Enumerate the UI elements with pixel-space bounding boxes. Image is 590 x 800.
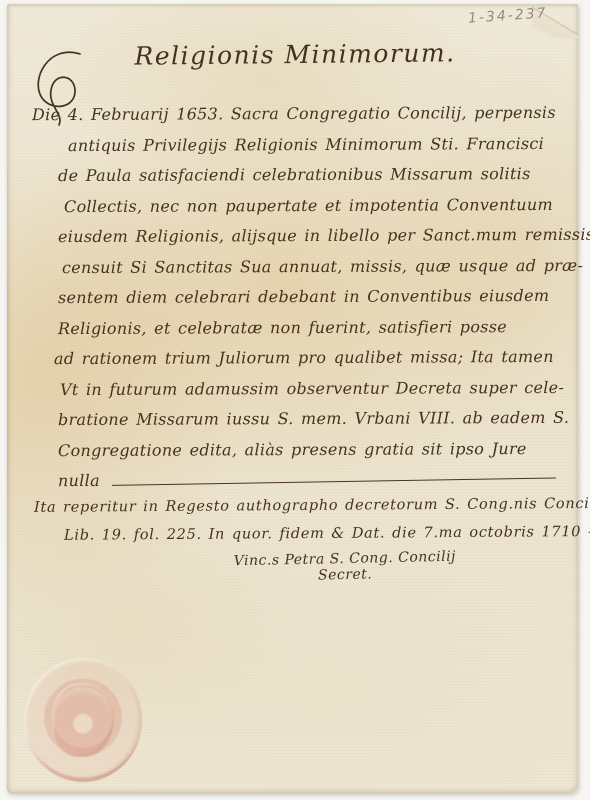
attestation-footer: Ita reperitur in Regesto authographo dec… [34,492,562,548]
scan-background: { "colors": { "scan_background": "#f6f5f… [0,0,590,800]
body-line: Congregatione edita, aliàs presens grati… [58,433,560,466]
body-line: Religionis, et celebratæ non fuerint, sa… [58,311,560,344]
seal-inner-motif [52,683,113,757]
body-line: antiquis Privilegijs Religionis Minimoru… [68,128,560,161]
document-body: Die 4. Februarij 1653. Sacra Congregatio… [58,99,560,496]
body-line: Collectis, nec non paupertate et impoten… [64,189,560,222]
footer-line: Lib. 19. fol. 225. In quor. fidem & Dat.… [64,518,562,549]
body-line: censuit Si Sanctitas Sua annuat, missis,… [62,250,560,283]
document-title: Religionis Minimorum. [0,37,590,72]
closing-rule [112,477,556,485]
embossed-red-seal [24,658,142,782]
secretary-signature: Vinc.s Petra S. Cong. Concilij Secret. [205,548,486,586]
body-line: de Paula satisfaciendi celebrationibus M… [58,159,560,192]
body-line: Vt in futurum adamussim observentur Decr… [60,372,560,405]
body-line: Die 4. Februarij 1653. Sacra Congregatio… [32,98,560,131]
body-line: sentem diem celebrari debebant in Conven… [58,281,560,314]
body-line: eiusdem Religionis, alijsque in libello … [58,220,560,253]
body-line: bratione Missarum iussu S. mem. Vrbani V… [58,403,560,436]
footer-line: Ita reperitur in Regesto authographo dec… [34,490,562,522]
body-line: ad rationem trium Juliorum pro qualibet … [54,342,560,375]
